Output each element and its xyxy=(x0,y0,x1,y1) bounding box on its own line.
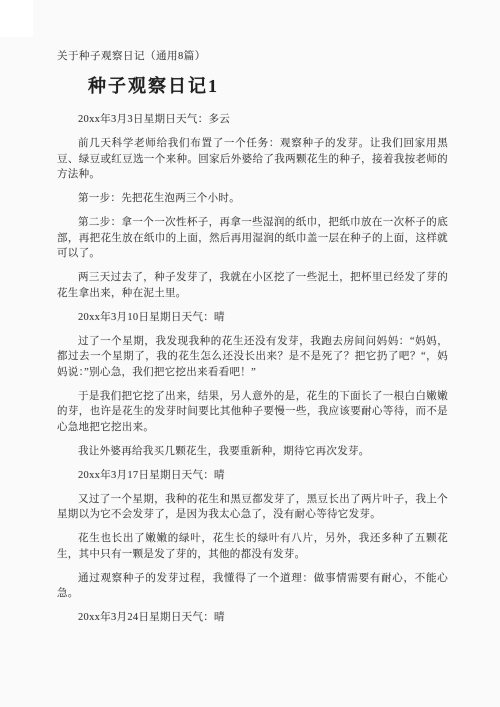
document-label: 关于种子观察日记（通用8篇） xyxy=(57,50,206,64)
date-line: 20xx年3月10日星期日天气：晴 xyxy=(57,310,448,326)
paragraph: 于是我们把它挖了出来，结果，另人意外的是，花生的下面长了一根白白嫩嫩的芽，也许是… xyxy=(57,389,448,436)
document-page: 关于种子观察日记（通用8篇） 种子观察日记1 20xx年3月3日星期日天气：多云… xyxy=(0,0,500,707)
date-line: 20xx年3月24日星期日天气：晴 xyxy=(57,610,448,626)
paragraph: 第一步：先把花生泡两三个小时。 xyxy=(57,191,448,207)
document-body: 20xx年3月3日星期日天气：多云 前几天科学老师给我们布置了一个任务：观察种子… xyxy=(57,112,448,634)
paragraph: 前几天科学老师给我们布置了一个任务：观察种子的发芽。让我们回家用黑豆、绿豆或红豆… xyxy=(57,136,448,183)
paragraph: 我让外婆再给我买几颗花生，我要重新种，期待它再次发芽。 xyxy=(57,444,448,460)
paragraph: 花生也长出了嫩嫩的绿叶，花生长的绿叶有八片，另外，我还多种了五颗花生，其中只有一… xyxy=(57,531,448,562)
document-title: 种子观察日记1 xyxy=(88,74,219,98)
paragraph: 两三天过去了，种子发芽了，我就在小区挖了一些泥土，把杯里已经发了芽的花生拿出来，… xyxy=(57,270,448,301)
date-line: 20xx年3月17日星期日天气：晴 xyxy=(57,468,448,484)
paragraph: 第二步：拿一个一次性杯子，再拿一些湿润的纸巾，把纸巾放在一次杯子的底部，再把花生… xyxy=(57,215,448,262)
scan-corner-artifact xyxy=(0,0,33,37)
date-line: 20xx年3月3日星期日天气：多云 xyxy=(57,112,448,128)
paragraph: 通过观察种子的发芽过程，我懂得了一个道理：做事情需要有耐心，不能心急。 xyxy=(57,571,448,602)
paragraph: 又过了一个星期，我种的花生和黑豆都发芽了，黑豆长出了两片叶子，我上个星期以为它不… xyxy=(57,492,448,523)
paragraph: 过了一个星期，我发现我种的花生还没有发芽，我跑去房间问妈妈：“妈妈，都过去一个星… xyxy=(57,334,448,381)
